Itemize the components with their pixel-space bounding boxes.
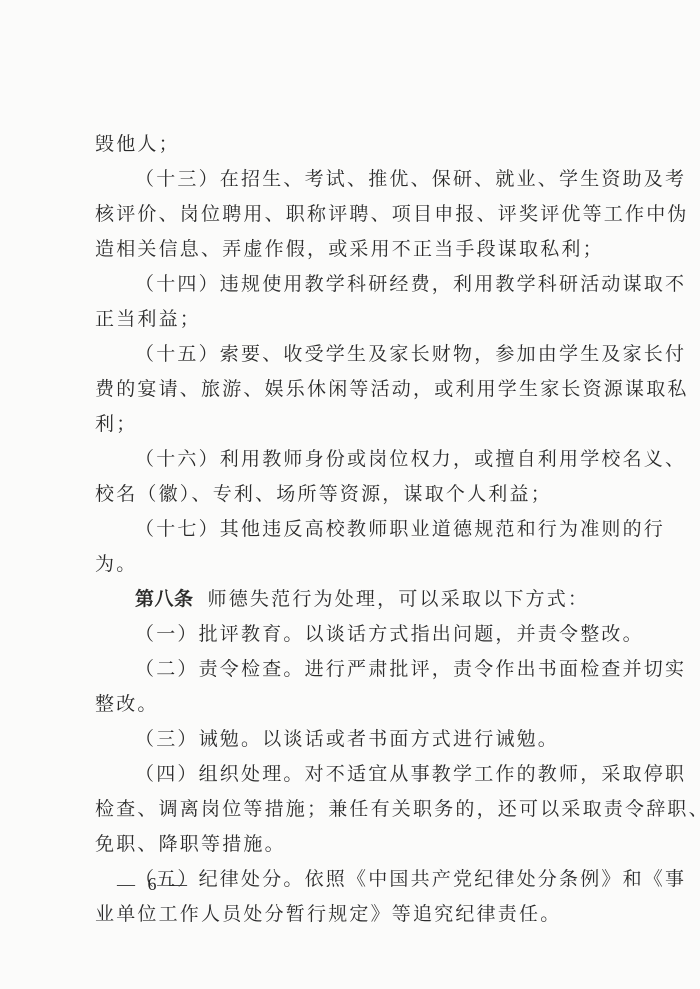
page-number: — 6 — — [117, 874, 191, 895]
text-line: 正当利益； — [95, 302, 635, 337]
text-line: 为。 — [95, 547, 635, 582]
text-line: 造相关信息、弄虚作假，或采用不正当手段谋取私利； — [95, 232, 635, 267]
text-line: 检查、调离岗位等措施；兼任有关职务的，还可以采取责令辞职、 — [95, 792, 635, 827]
text-line: （三）诫勉。以谈话或者书面方式进行诫勉。 — [95, 722, 635, 757]
text-line: 毁他人； — [95, 127, 635, 162]
text-line: 利； — [95, 407, 635, 442]
document-page: 毁他人； （十三）在招生、考试、推优、保研、就业、学生资助及考 核评价、岗位聘用… — [95, 127, 635, 932]
text-line: （十五）索要、收受学生及家长财物，参加由学生及家长付 — [95, 337, 635, 372]
text-line: 整改。 — [95, 687, 635, 722]
text-line: （十六）利用教师身份或岗位权力，或擅自利用学校名义、 — [95, 442, 635, 477]
text-line: （一）批评教育。以谈话方式指出问题，并责令整改。 — [95, 617, 635, 652]
text-line: 费的宴请、旅游、娱乐休闲等活动，或利用学生家长资源谋取私 — [95, 372, 635, 407]
text-line: （十七）其他违反高校教师职业道德规范和行为准则的行 — [95, 512, 635, 547]
text-line: （十三）在招生、考试、推优、保研、就业、学生资助及考 — [95, 162, 635, 197]
text-line: （四）组织处理。对不适宜从事教学工作的教师，采取停职 — [95, 757, 635, 792]
article-8-line: 第八条师德失范行为处理，可以采取以下方式： — [95, 582, 635, 617]
text-line: （十四）违规使用教学科研经费，利用教学科研活动谋取不 — [95, 267, 635, 302]
text-line: 核评价、岗位聘用、职称评聘、项目申报、评奖评优等工作中伪 — [95, 197, 635, 232]
text-line: 业单位工作人员处分暂行规定》等追究纪律责任。 — [95, 897, 635, 932]
text-line: 免职、降职等措施。 — [95, 827, 635, 862]
article-text: 师德失范行为处理，可以采取以下方式： — [208, 588, 590, 610]
text-line: （二）责令检查。进行严肃批评，责令作出书面检查并切实 — [95, 652, 635, 687]
text-line: 校名（徽）、专利、场所等资源，谋取个人利益； — [95, 477, 635, 512]
article-heading: 第八条 — [135, 588, 194, 610]
